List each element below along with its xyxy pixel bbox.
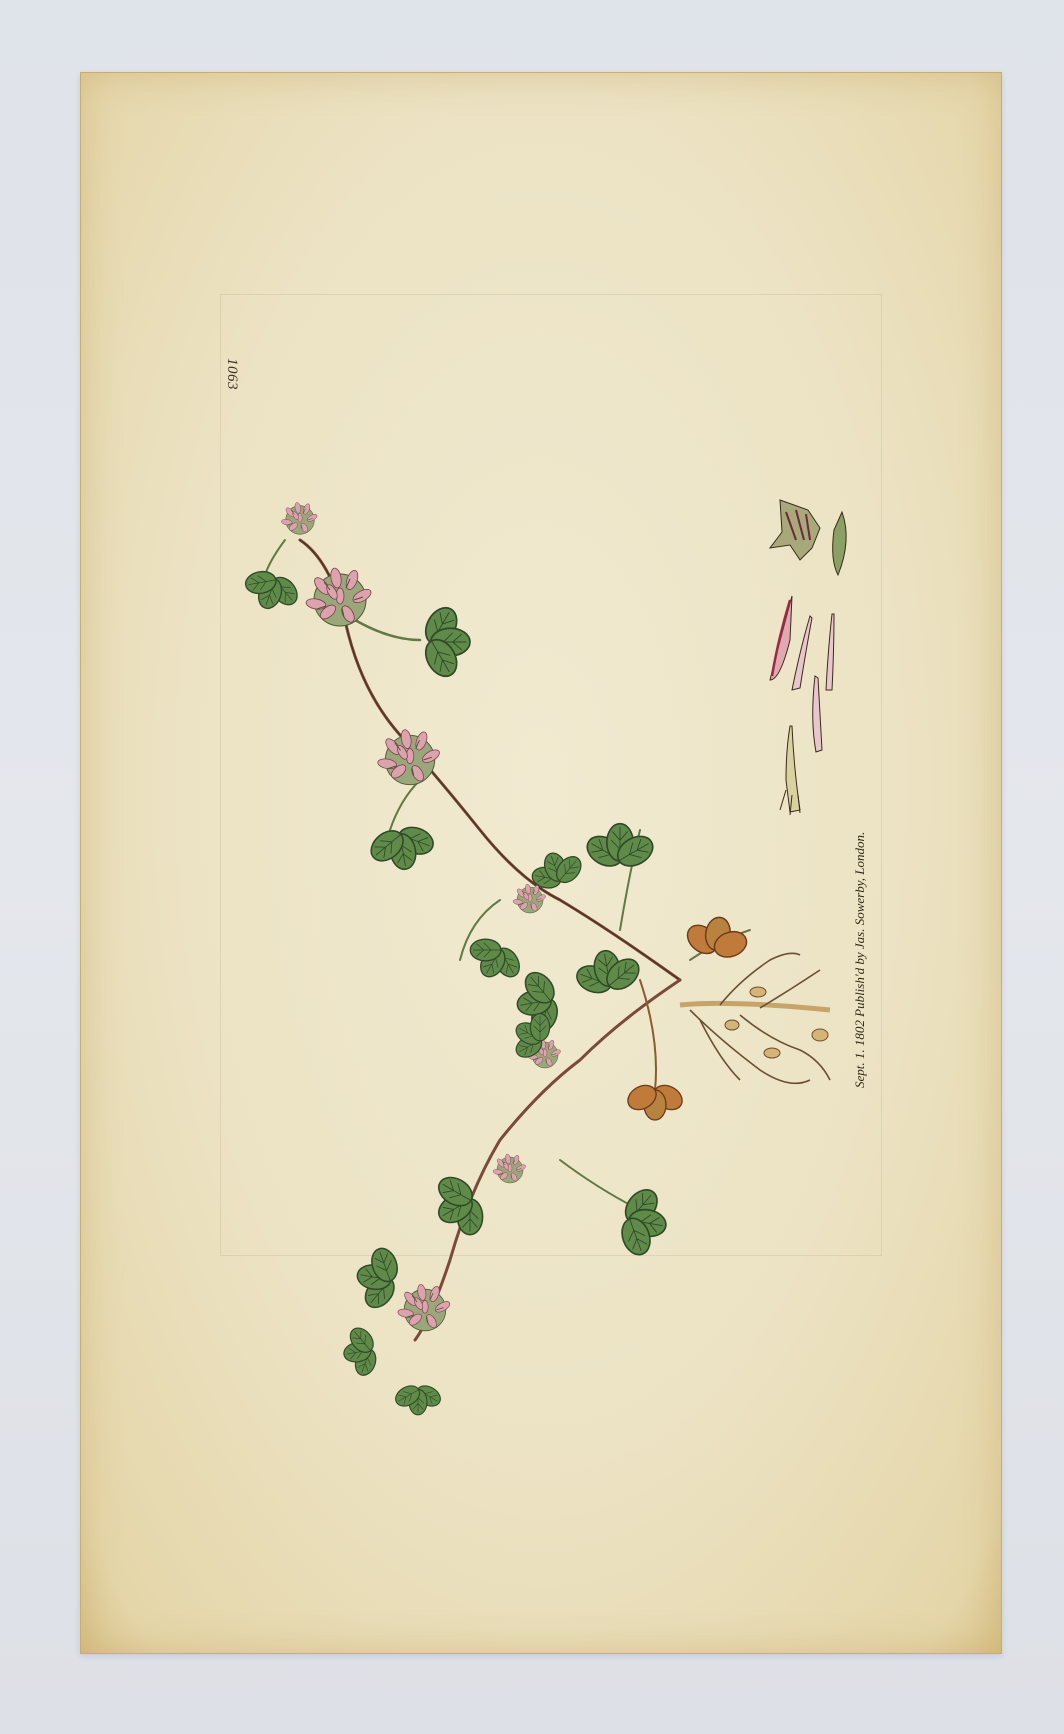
flower-dissections xyxy=(770,500,846,815)
clover-illustration xyxy=(0,0,1064,1734)
